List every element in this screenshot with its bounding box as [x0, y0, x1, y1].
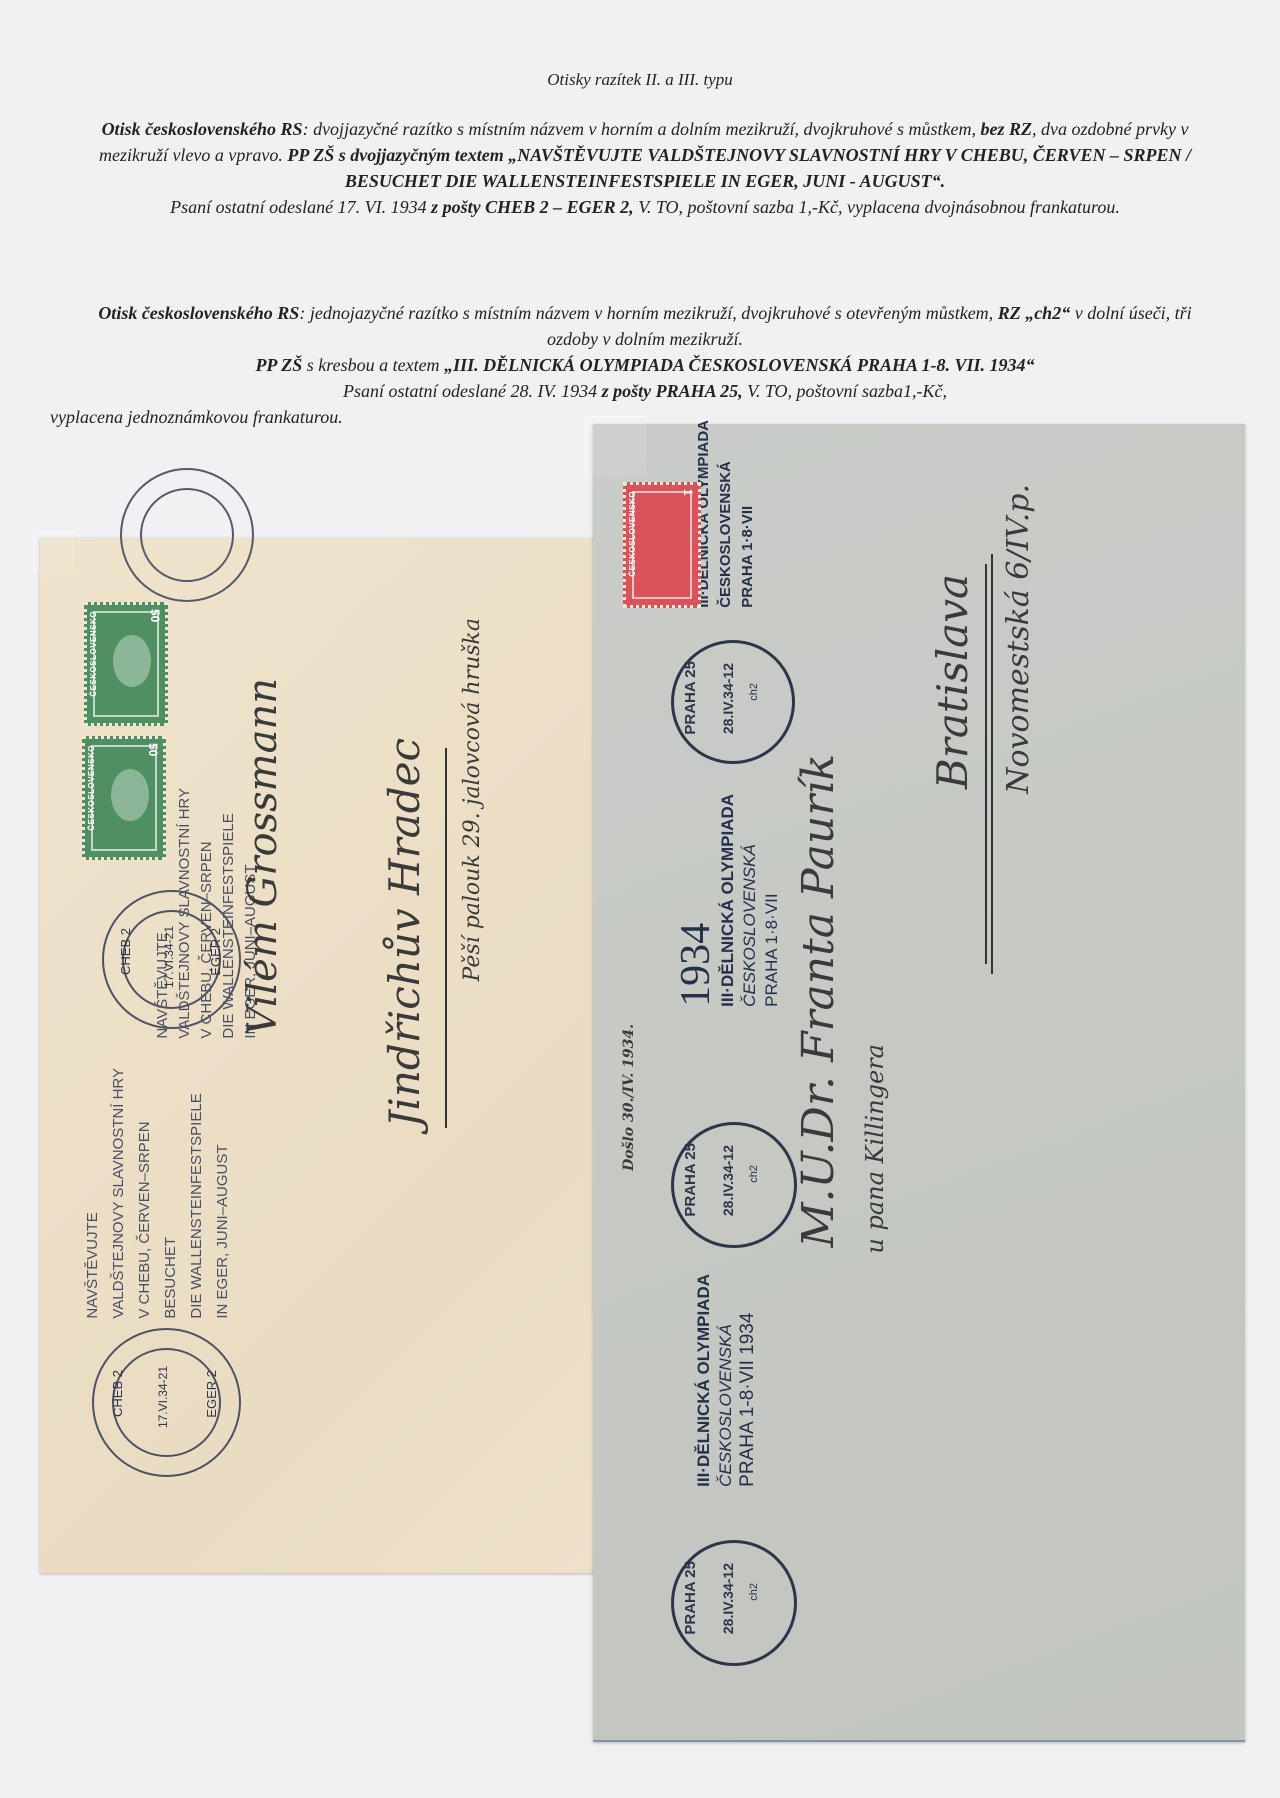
handwritten-sender: Vilém Grossmann — [240, 678, 286, 1036]
slogan-praha-top: III·DĚLNICKÁ OLYMPIADA ČESKOSLOVENSKÁ PR… — [693, 420, 759, 608]
postmark-praha-1: PRAHA 25 28.IV.34-12 ch2 — [671, 640, 795, 764]
stamp-1kc: ČESKOSLOVENSKO 1 — [623, 482, 701, 608]
postmark-praha-3: PRAHA 25 28.IV.34-12 ch2 — [671, 1540, 797, 1666]
slogan-olympiada-b: III·DĚLNICKÁ OLYMPIADA ČESKOSLOVENSKÁ PR… — [693, 1274, 759, 1487]
postmark-cheb-middle: CHEB 2 17.VI.34-21 EGER 2 — [102, 890, 241, 1029]
stamp-50h-1: ČESKOSLOVENSKO 50 — [84, 602, 168, 726]
postmark-cheb-top — [120, 468, 254, 602]
envelope-cheb: ČESKOSLOVENSKO 50 ČESKOSLOVENSKO 50 NAVŠ… — [40, 538, 600, 1573]
page-title: Otisky razítek II. a III. typu — [0, 70, 1280, 90]
handwritten-care-of: u pana Killingera — [861, 1044, 889, 1254]
mount-corner — [585, 416, 646, 477]
handwritten-received-note: Došlo 30./IV. 1934. — [621, 1024, 637, 1171]
handwritten-recipient-address: Pěší palouk 29. jalovcová hruška — [460, 618, 485, 981]
handwritten-recipient-name: M.U.Dr. Franta Paurík — [793, 754, 844, 1248]
handwritten-street: Novomestská 6/IV.p. — [1001, 484, 1036, 794]
underline-2 — [991, 554, 993, 974]
underline-1 — [985, 564, 987, 964]
entry-praha-description: Otisk československého RS: jednojazyčné … — [90, 300, 1200, 430]
postmark-praha-2: PRAHA 25 28.IV.34-12 ch2 — [671, 1122, 797, 1248]
mount-corner — [34, 532, 75, 573]
slogan-olympiada-a: 1934 III·DĚLNICKÁ OLYMPIADA ČESKOSLOVENS… — [675, 794, 783, 1007]
handwritten-city: Bratislava — [928, 574, 977, 789]
slogan-cheb: NAVŠTĚVUJTE VALDŠTEJNOVY SLAVNOSTNÍ HRY … — [80, 1068, 236, 1319]
envelope-praha: III·DĚLNICKÁ OLYMPIADA ČESKOSLOVENSKÁ PR… — [593, 424, 1245, 1742]
underline — [445, 748, 447, 1128]
handwritten-recipient-city: Jindřichův Hradec — [380, 738, 429, 1127]
postmark-cheb-bottom: CHEB 2 17.VI.34-21 EGER 2 — [92, 1328, 241, 1477]
entry-cheb-description: Otisk československého RS: dvojjazyčné r… — [90, 116, 1200, 220]
